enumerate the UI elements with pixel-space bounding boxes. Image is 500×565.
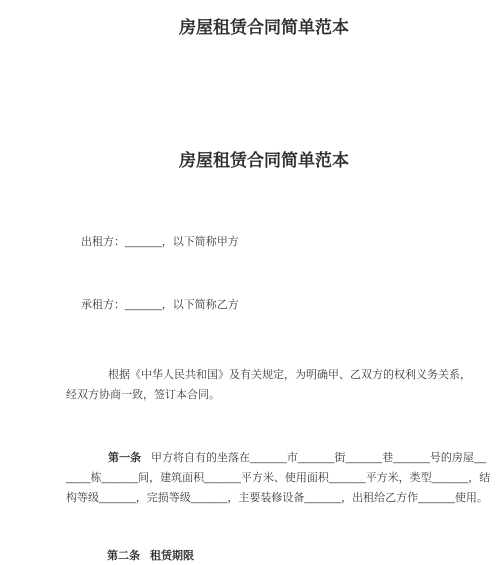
article-2-heading: 第二条租赁期限 — [107, 546, 194, 565]
article-1-number: 第一条 — [108, 452, 141, 464]
page-title: 房屋租赁合同简单范本 — [14, 16, 500, 40]
preamble-line-2: 经双方协商一致，签订本合同。 — [66, 385, 220, 405]
contract-document-page: 房屋租赁合同简单范本 房屋租赁合同简单范本 出租方：______，以下简称甲方 … — [0, 0, 500, 565]
article-1-line-2: ____栋______间，建筑面积______平方米、使用面积______平方米… — [66, 468, 490, 488]
article-2-number: 第二条 — [107, 550, 140, 562]
party-b-line: 承租方：______，以下简称乙方 — [81, 295, 239, 315]
article-2-title: 租赁期限 — [150, 550, 194, 562]
document-title: 房屋租赁合同简单范本 — [14, 149, 500, 173]
article-1-line-1: 第一条甲方将自有的坐落在______市______街______巷______号… — [108, 448, 486, 468]
party-a-line: 出租方：______，以下简称甲方 — [81, 232, 239, 252]
article-1-line-3: 构等级______，完损等级______，主要装修设备______，出租给乙方作… — [66, 488, 488, 508]
article-1-text-1: 甲方将自有的坐落在______市______街______巷______号的房屋… — [151, 452, 486, 464]
preamble-line-1: 根据《中华人民共和国》及有关规定，为明确甲、乙双方的权利义务关系， — [108, 365, 471, 385]
